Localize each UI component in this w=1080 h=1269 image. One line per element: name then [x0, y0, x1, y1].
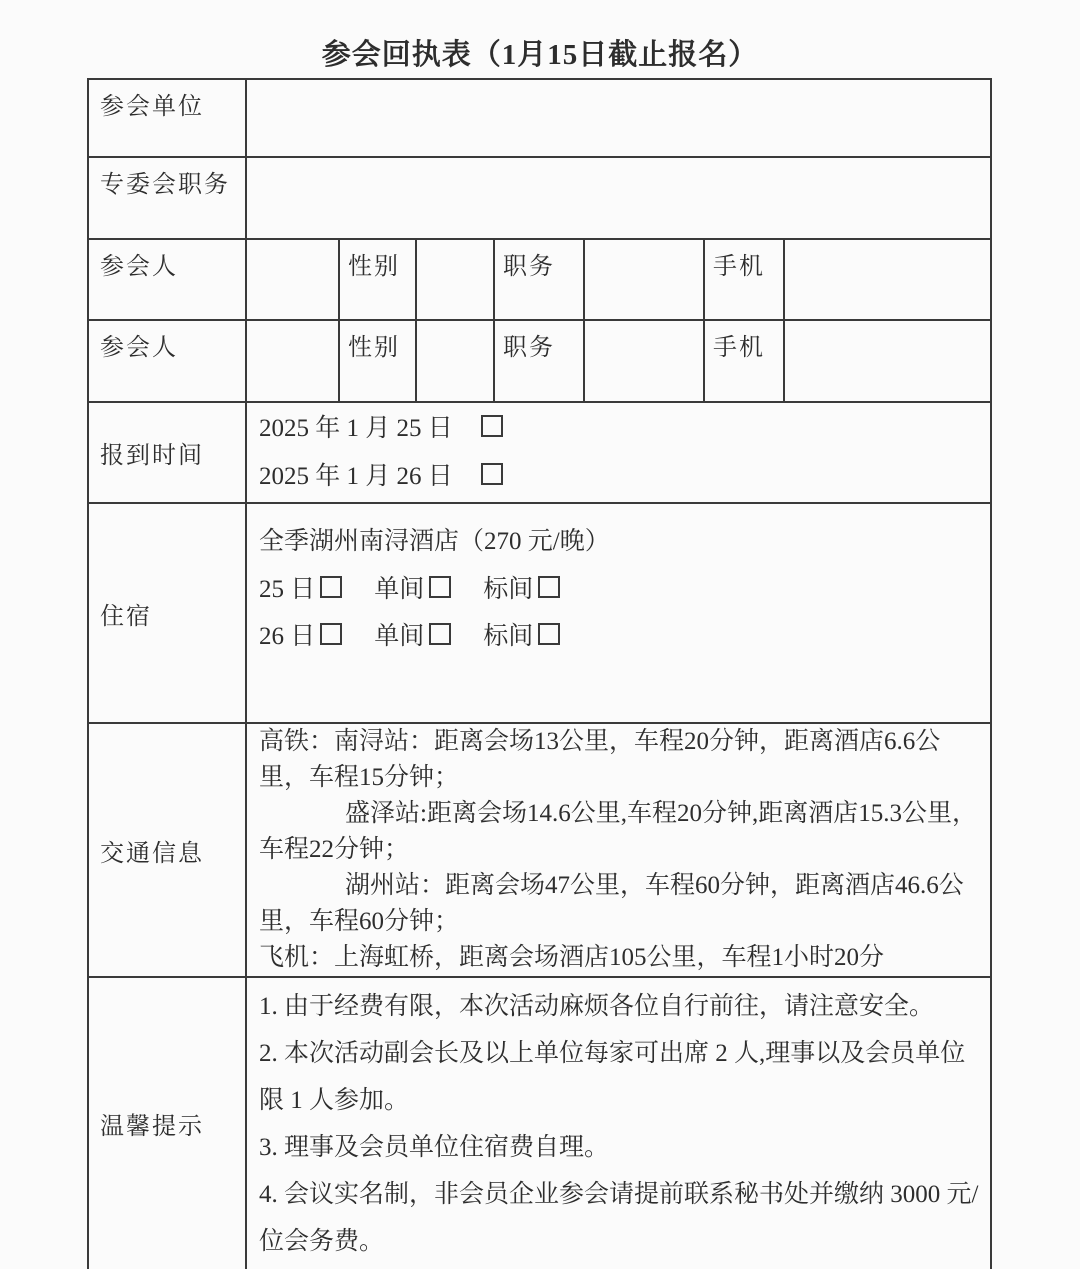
checkbox-icon	[320, 623, 342, 645]
tips-content-cell: 1. 由于经费有限，本次活动麻烦各位自行前往，请注意安全。 2. 本次活动副会长…	[246, 977, 991, 1269]
transport-line: 高铁：南浔站：距离会场13公里，车程20分钟，距离酒店6.6公里，车程15分钟；	[259, 724, 988, 796]
checkin-label: 报到时间	[88, 402, 246, 503]
attendee-row: 参会人 性别 职务 手机	[88, 320, 991, 402]
hotel-row: 住宿 全季湖州南浔酒店（270 元/晚） 25 日单间标间 26 日单间标间	[88, 503, 991, 723]
position-value-cell	[584, 320, 704, 402]
tip-item: 3. 理事及会员单位住宿费自理。	[259, 1124, 982, 1171]
room-type-label: 标间	[483, 576, 533, 603]
hotel-date: 25 日	[259, 576, 315, 603]
gender-value-cell	[416, 239, 494, 320]
checkbox-icon	[538, 576, 560, 598]
committee-role-label: 专委会职务	[88, 157, 246, 239]
gender-label: 性别	[339, 239, 416, 320]
reply-form-table: 参会单位 专委会职务 参会人 性别 职务 手机 参会人 性别 职务 手机	[87, 78, 992, 1269]
checkin-option-text: 2025 年 1 月 26 日	[259, 463, 453, 490]
checkin-option: 2025 年 1 月 25 日	[259, 405, 986, 453]
room-type-label: 标间	[483, 623, 533, 650]
attendee-label: 参会人	[88, 239, 246, 320]
position-value-cell	[584, 239, 704, 320]
transport-row: 交通信息 高铁：南浔站：距离会场13公里，车程20分钟，距离酒店6.6公里，车程…	[88, 723, 991, 977]
gender-label: 性别	[339, 320, 416, 402]
checkin-option-text: 2025 年 1 月 25 日	[259, 415, 453, 442]
hotel-option-line: 25 日单间标间	[259, 566, 986, 614]
hotel-date: 26 日	[259, 623, 315, 650]
tip-item: 1. 由于经费有限，本次活动麻烦各位自行前往，请注意安全。	[259, 983, 982, 1030]
unit-value-cell	[246, 79, 991, 157]
form-title: 参会回执表（1月15日截止报名）	[0, 32, 1080, 73]
gender-value-cell	[416, 320, 494, 402]
transport-info-cell: 高铁：南浔站：距离会场13公里，车程20分钟，距离酒店6.6公里，车程15分钟；…	[246, 723, 991, 977]
checkbox-icon	[481, 415, 503, 437]
position-label: 职务	[494, 320, 584, 402]
hotel-name: 全季湖州南浔酒店（270 元/晚）	[259, 518, 986, 566]
transport-line: 湖州站：距离会场47公里，车程60分钟，距离酒店46.6公里，车程60分钟；	[259, 868, 988, 940]
hotel-options-cell: 全季湖州南浔酒店（270 元/晚） 25 日单间标间 26 日单间标间	[246, 503, 991, 723]
hotel-label: 住宿	[88, 503, 246, 723]
tip-item: 4. 会议实名制，非会员企业参会请提前联系秘书处并缴纳 3000 元/位会务费。	[259, 1171, 982, 1265]
transport-label: 交通信息	[88, 723, 246, 977]
checkbox-icon	[429, 623, 451, 645]
tip-item: 2. 本次活动副会长及以上单位每家可出席 2 人,理事以及会员单位限 1 人参加…	[259, 1030, 982, 1124]
tips-label: 温馨提示	[88, 977, 246, 1269]
attendee-label: 参会人	[88, 320, 246, 402]
checkin-options-cell: 2025 年 1 月 25 日 2025 年 1 月 26 日	[246, 402, 991, 503]
tips-row: 温馨提示 1. 由于经费有限，本次活动麻烦各位自行前往，请注意安全。 2. 本次…	[88, 977, 991, 1269]
row-committee-role: 专委会职务	[88, 157, 991, 239]
mobile-value-cell	[784, 320, 991, 402]
attendee-row: 参会人 性别 职务 手机	[88, 239, 991, 320]
hotel-option-line: 26 日单间标间	[259, 613, 986, 661]
committee-role-value-cell	[246, 157, 991, 239]
checkbox-icon	[481, 463, 503, 485]
row-unit: 参会单位	[88, 79, 991, 157]
checkin-row: 报到时间 2025 年 1 月 25 日 2025 年 1 月 26 日	[88, 402, 991, 503]
transport-line: 盛泽站:距离会场14.6公里,车程20分钟,距离酒店15.3公里，车程22分钟；	[259, 796, 988, 868]
attendee-name-cell	[246, 239, 339, 320]
checkbox-icon	[429, 576, 451, 598]
document-page: 参会回执表（1月15日截止报名） 参会单位 专委会职务 参会人 性别 职务	[0, 0, 1080, 1269]
unit-label: 参会单位	[88, 79, 246, 157]
room-type-label: 单间	[374, 623, 424, 650]
checkin-option: 2025 年 1 月 26 日	[259, 453, 986, 501]
mobile-value-cell	[784, 239, 991, 320]
transport-line: 飞机：上海虹桥，距离会场酒店105公里，车程1小时20分	[259, 940, 988, 976]
checkbox-icon	[320, 576, 342, 598]
mobile-label: 手机	[704, 320, 784, 402]
mobile-label: 手机	[704, 239, 784, 320]
room-type-label: 单间	[374, 576, 424, 603]
position-label: 职务	[494, 239, 584, 320]
checkbox-icon	[538, 623, 560, 645]
attendee-name-cell	[246, 320, 339, 402]
